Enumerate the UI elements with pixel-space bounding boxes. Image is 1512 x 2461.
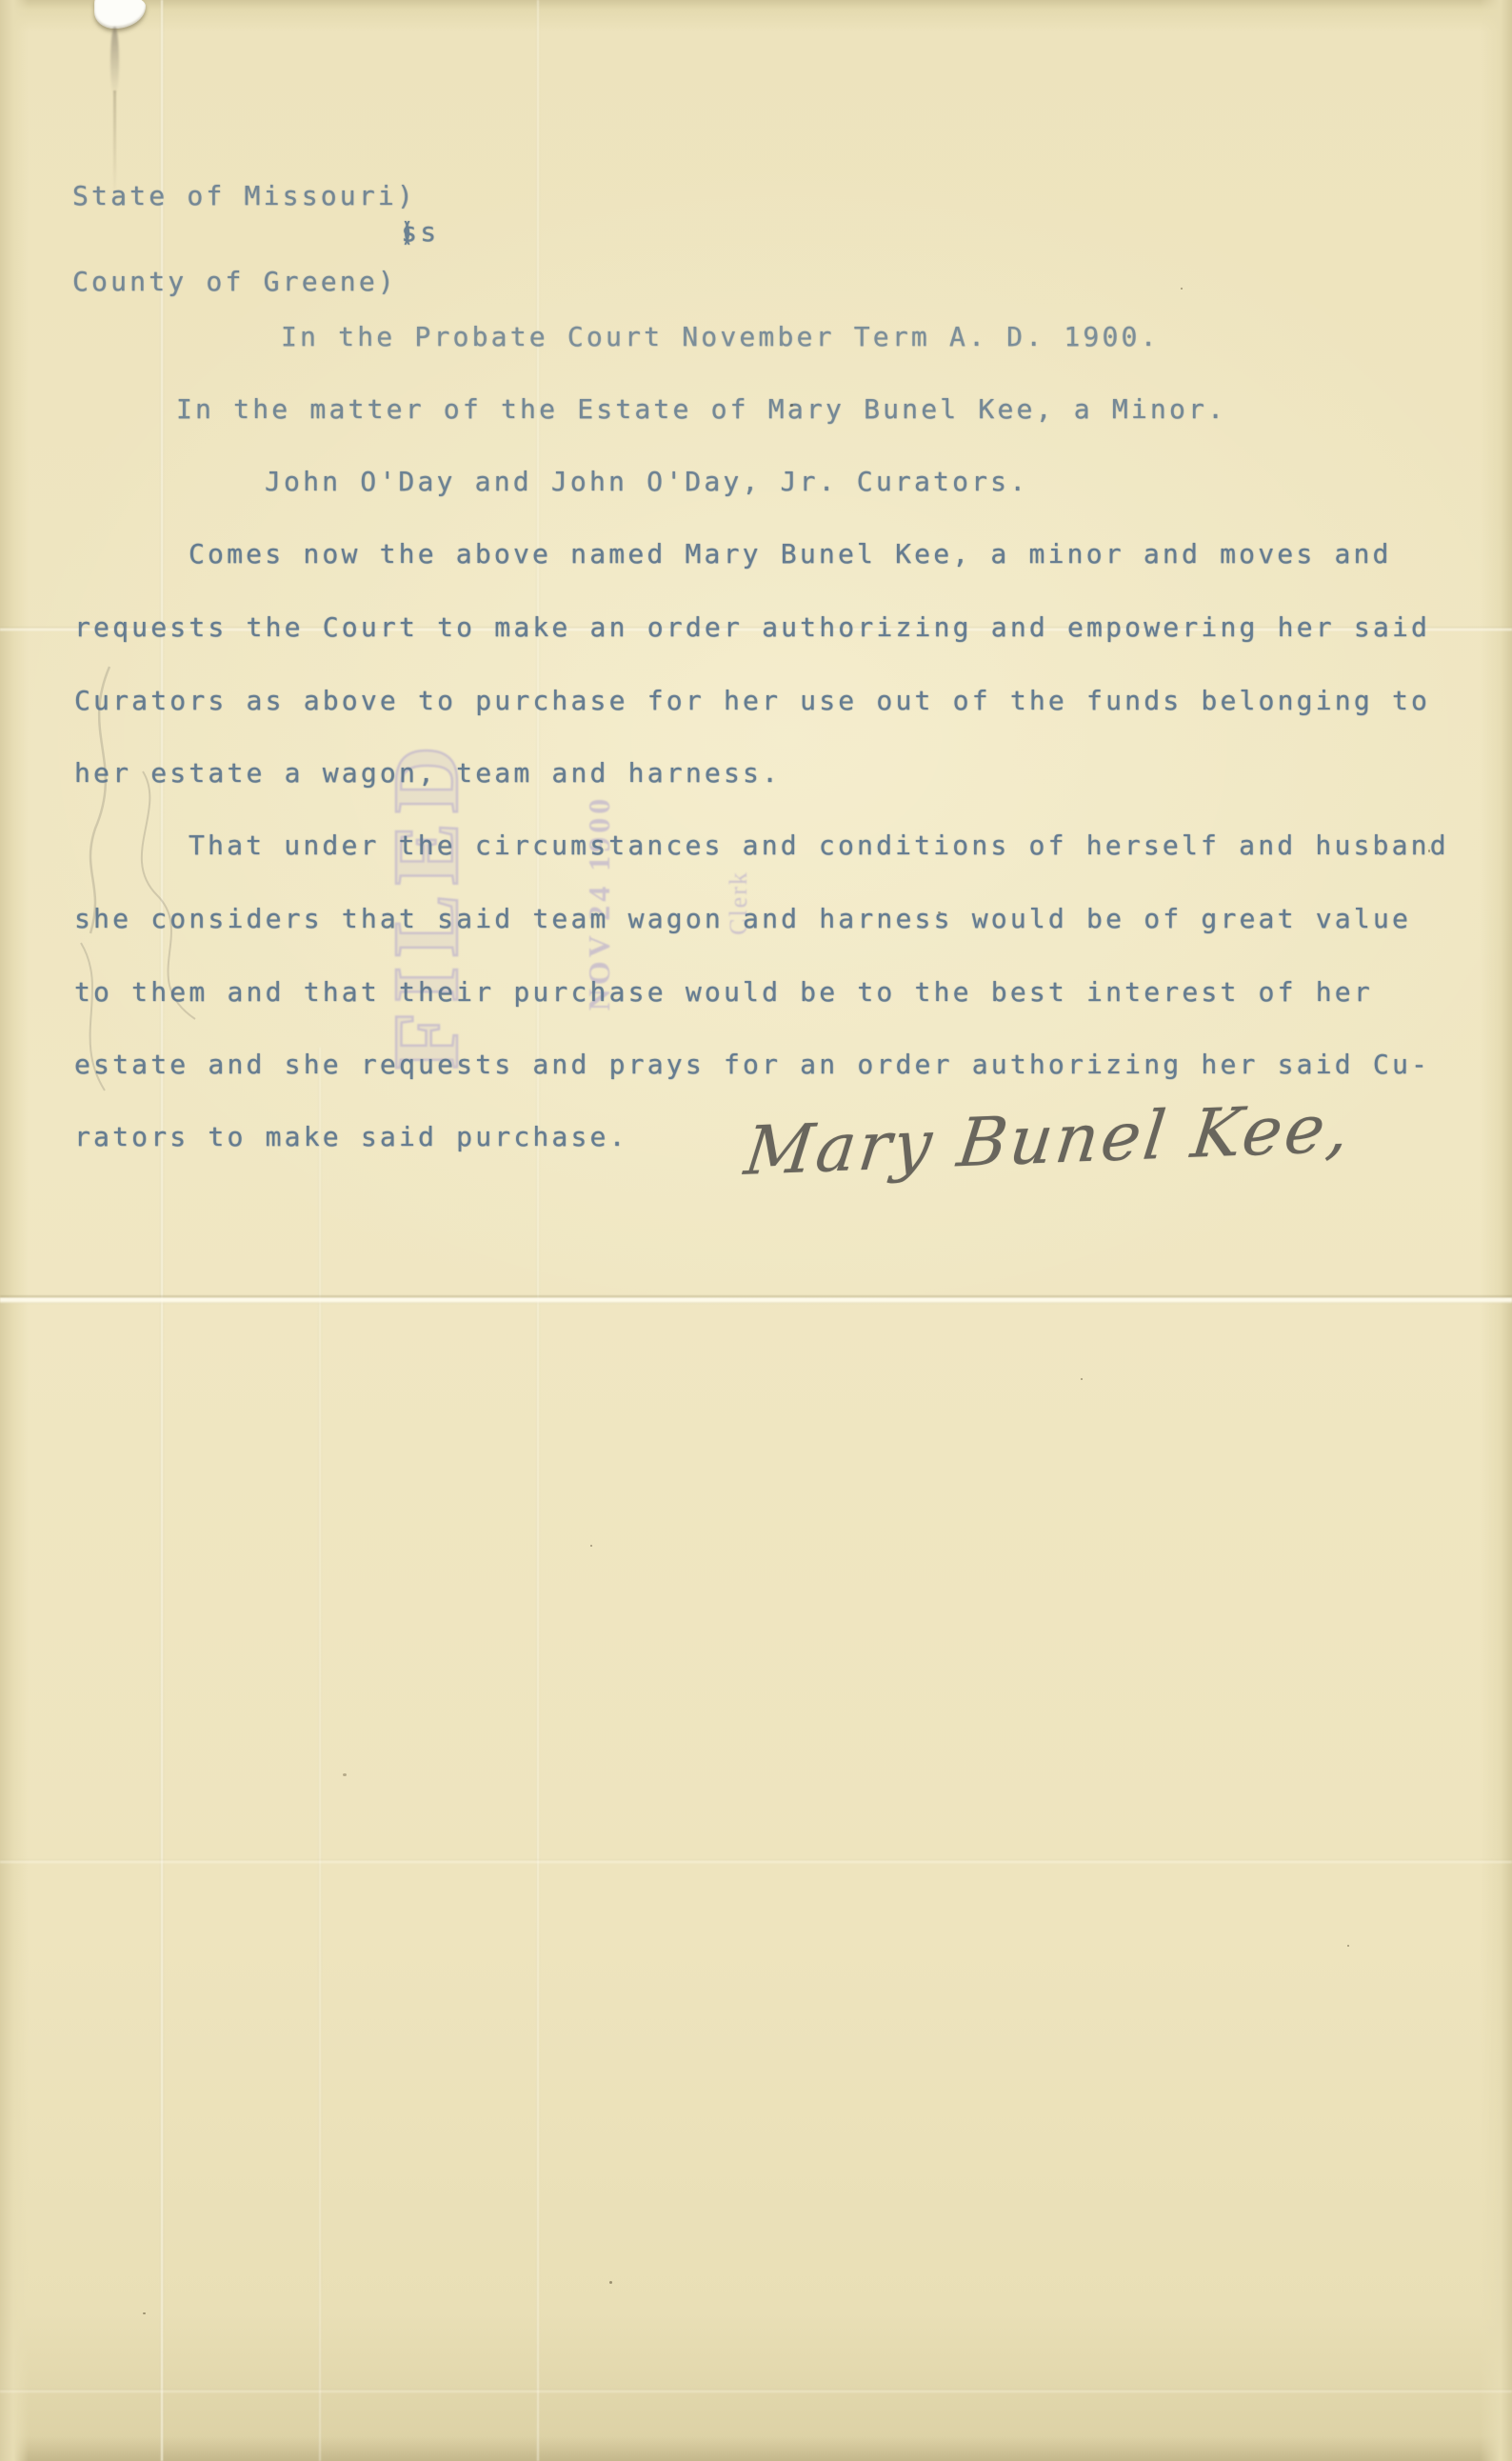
- paper-speck: [938, 911, 941, 913]
- torn-hole: [94, 0, 146, 29]
- body-line: requests the Court to make an order auth…: [74, 614, 1430, 641]
- vertical-fold-crease: [536, 0, 540, 2461]
- body-line: Curators as above to purchase for her us…: [74, 688, 1430, 714]
- body-line: That under the circumstances and conditi…: [189, 832, 1449, 859]
- body-line: rators to make said purchase.: [74, 1124, 628, 1150]
- body-line: her estate a wagon, team and harness.: [74, 760, 781, 787]
- curators-line: John O'Day and John O'Day, Jr. Curators.: [265, 469, 1028, 495]
- paper-speck: [1428, 850, 1430, 852]
- paper-speck: [1347, 1945, 1349, 1947]
- estate-matter-line: In the matter of the Estate of Mary Bune…: [176, 396, 1226, 423]
- horizontal-fold-crease: [0, 1295, 1512, 1304]
- court-term-line: In the Probate Court November Term A. D.…: [281, 324, 1160, 350]
- horizontal-fold-crease: [0, 1859, 1512, 1864]
- paper-speck: [1181, 288, 1183, 290]
- tear-streak: [110, 27, 119, 97]
- document-page: FILED NOV 24 1900 Clerk State of Missour…: [0, 0, 1512, 2461]
- ss-text: ss: [401, 216, 439, 248]
- paper-speck: [343, 1773, 347, 1776]
- ss-paren: (): [400, 219, 401, 246]
- paper-speck: [143, 2312, 146, 2314]
- horizontal-fold-crease: [0, 2389, 1512, 2393]
- paper-speck: [590, 1545, 592, 1547]
- paper-speck: [1081, 1378, 1083, 1380]
- state-line: State of Missouri): [72, 183, 416, 210]
- ss-mark: ()ss: [400, 219, 439, 246]
- body-line: Comes now the above named Mary Bunel Kee…: [189, 541, 1392, 568]
- body-line: estate and she requests and prays for an…: [74, 1051, 1430, 1078]
- paper-speck: [609, 2281, 612, 2284]
- body-line: to them and that their purchase would be…: [74, 979, 1373, 1006]
- county-line: County of Greene): [72, 269, 397, 295]
- vertical-fold-crease: [160, 0, 164, 2461]
- signature: Mary Bunel Kee,: [741, 1089, 1356, 1190]
- paper-speck: [790, 404, 793, 407]
- vertical-fold-crease: [318, 1048, 322, 2461]
- body-line: she considers that said team wagon and h…: [74, 906, 1411, 932]
